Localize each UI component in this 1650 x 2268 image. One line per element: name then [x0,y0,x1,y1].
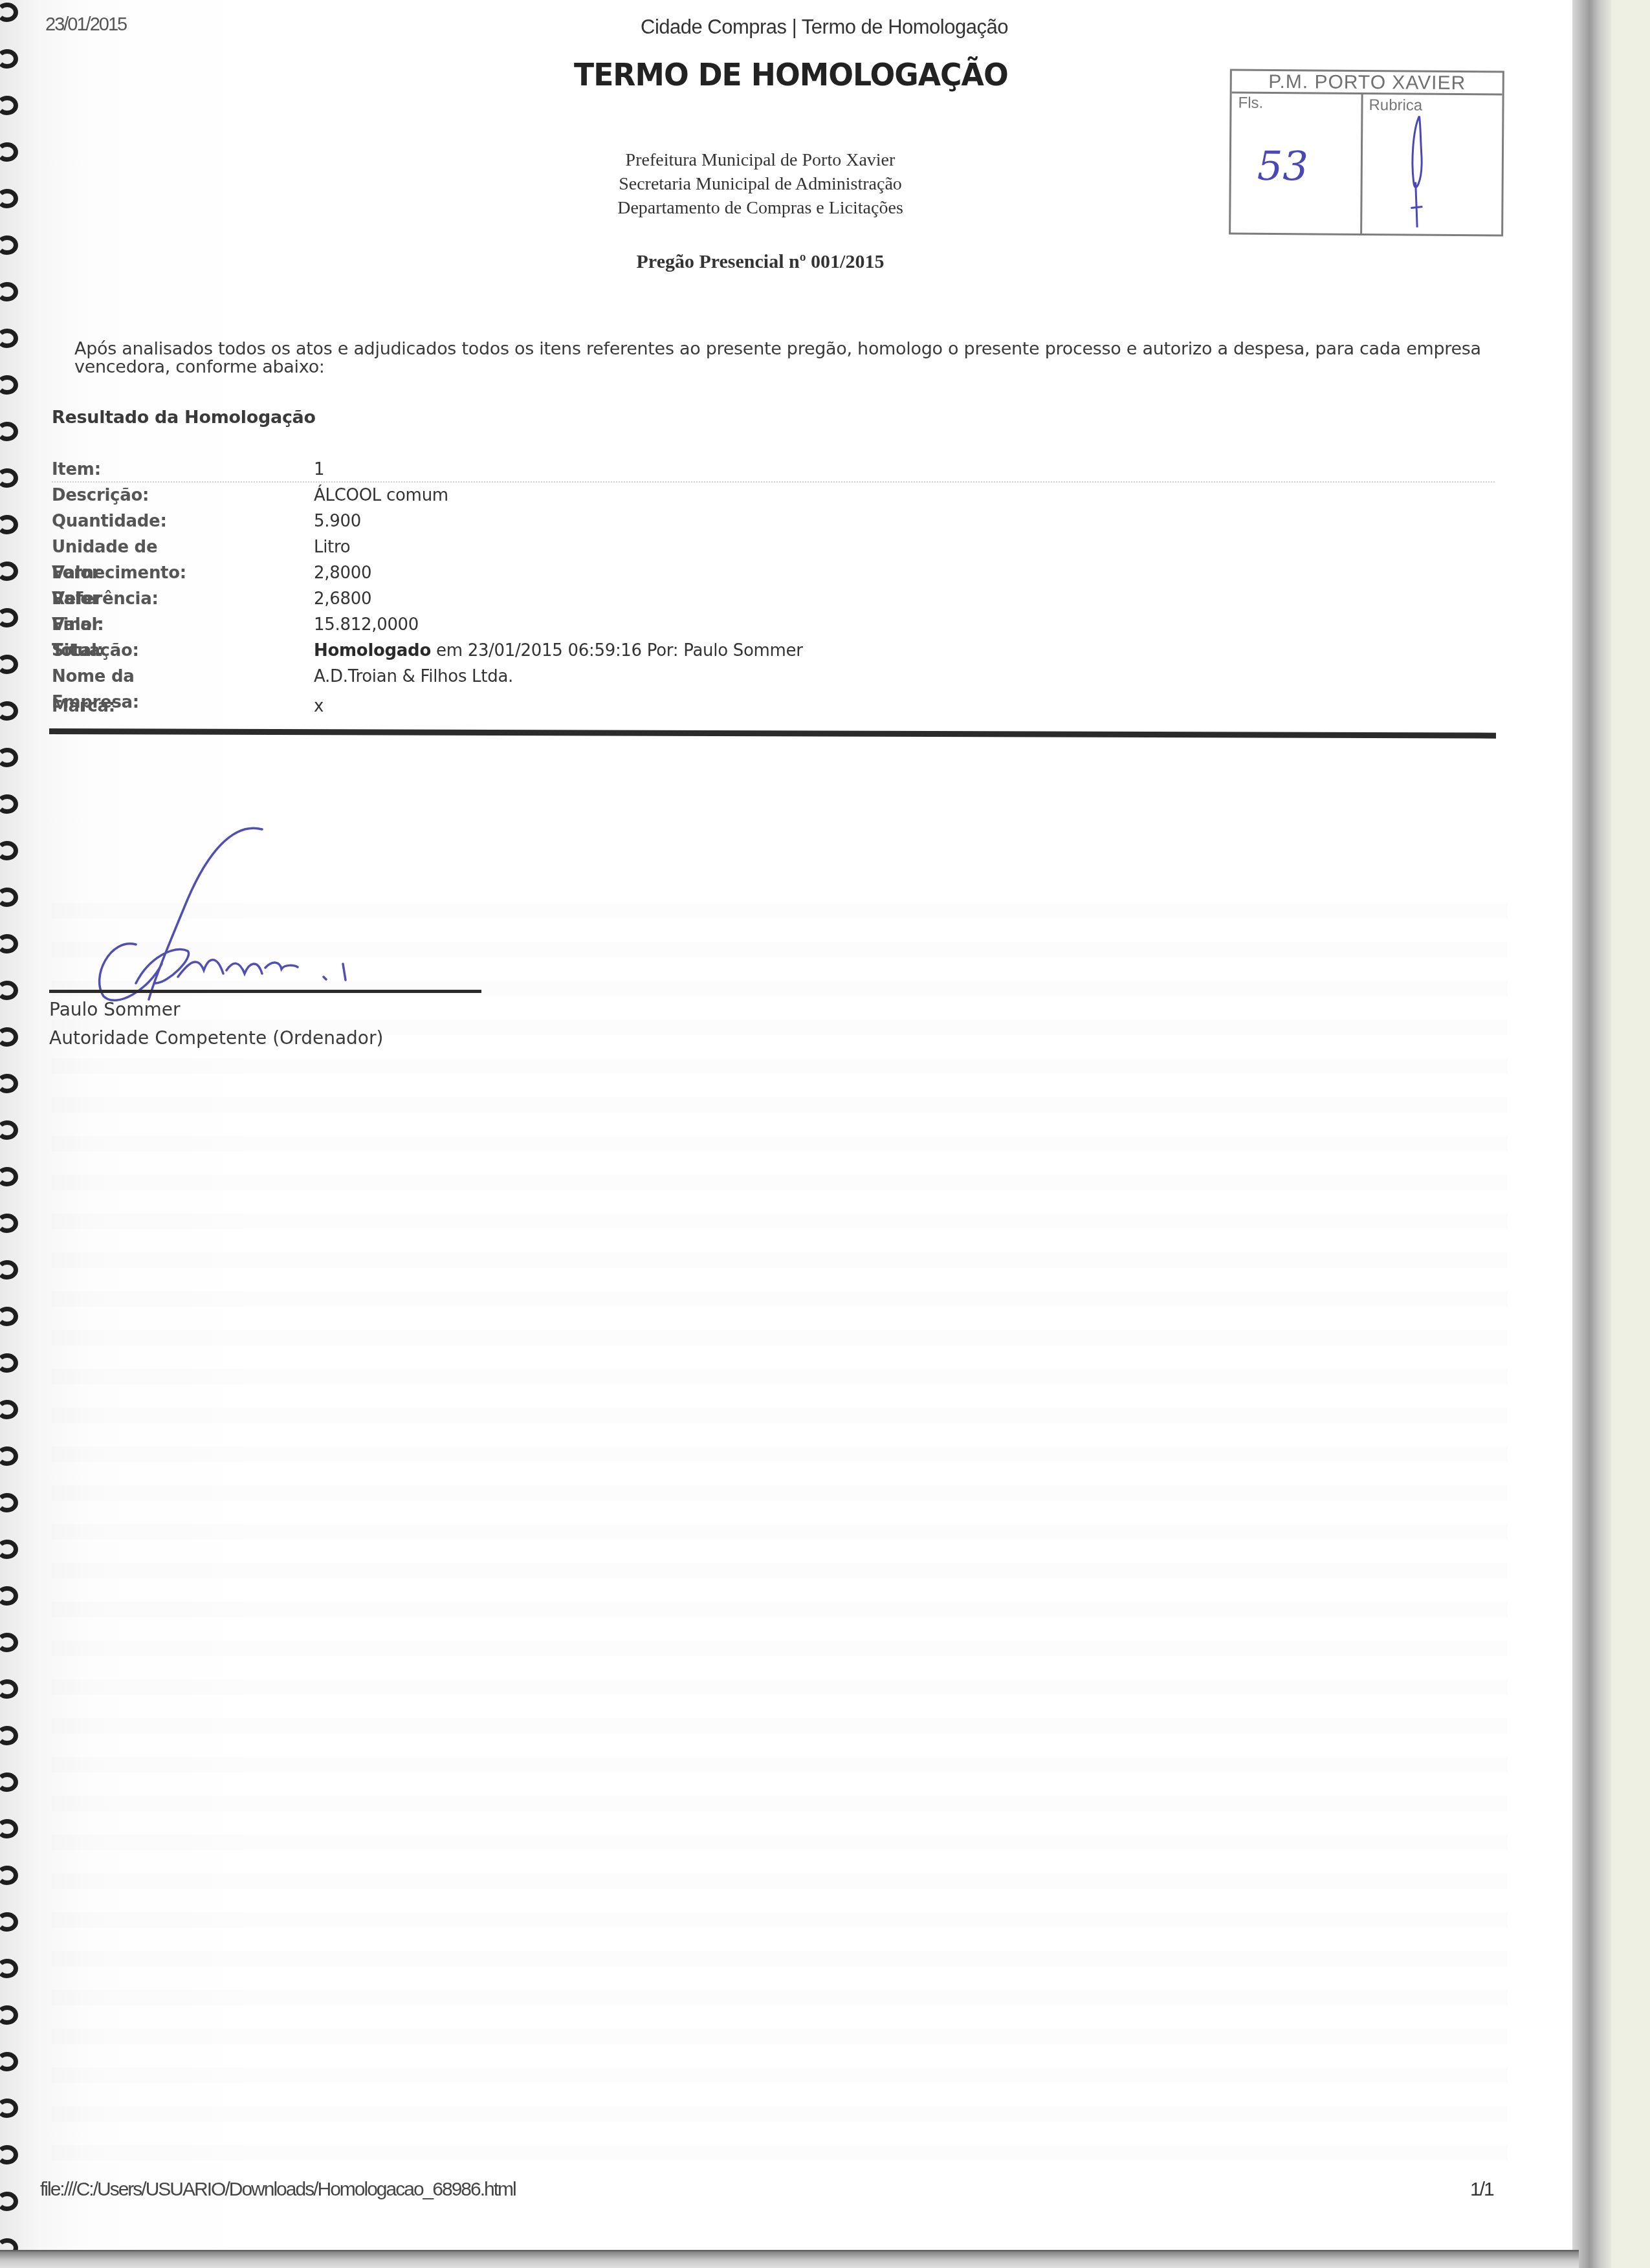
status-badge: Homologado [314,641,431,660]
spiral-ring [0,1446,18,1466]
page-edge-shadow-bottom [0,2250,1579,2268]
status-detail: em 23/01/2015 06:59:16 Por: Paulo Sommer [431,641,803,660]
spiral-ring [0,282,18,301]
spiral-ring [0,1307,18,1326]
spiral-ring [0,2005,18,2025]
spiral-ring [0,562,18,581]
intro-paragraph: Após analisados todos os atos e adjudica… [74,340,1498,376]
spiral-ring [0,1260,18,1280]
spiral-binding [0,0,22,2251]
spiral-ring [0,1400,18,1419]
footer-file-path: file:///C:/Users/USUARIO/Downloads/Homol… [40,2179,516,2201]
spiral-ring [0,1679,18,1699]
spiral-ring [0,1540,18,1559]
spiral-ring [0,1819,18,1838]
field-value: 2,6800 [314,586,371,612]
field-label: Descrição: [52,483,149,508]
spiral-ring [0,748,18,767]
footer-page-number: 1/1 [1470,2179,1493,2201]
spiral-ring [0,1074,18,1093]
spiral-ring [0,1726,18,1745]
spiral-ring [0,655,18,674]
org-line-departamento: Departamento de Compras e Licitações [0,198,1521,219]
spiral-ring [0,329,18,348]
spiral-ring [0,96,18,115]
bleed-through-texture [52,880,1508,2174]
spiral-ring [0,934,18,954]
spiral-ring [0,1353,18,1373]
spiral-ring [0,1214,18,1233]
spiral-ring [0,2052,18,2071]
field-value: 15.812,0000 [314,612,419,638]
spiral-ring [0,2192,18,2211]
spiral-ring [0,701,18,721]
item-separator [52,481,1495,483]
field-value: ÁLCOOL comum [314,483,448,508]
section-title: Resultado da Homologação [52,408,316,428]
spiral-ring [0,1027,18,1047]
spiral-ring [0,1866,18,1885]
spiral-ring [0,1959,18,1978]
field-label: Situação: [52,638,139,664]
spiral-ring [0,2145,18,2164]
spiral-ring [0,1633,18,1652]
spiral-ring [0,3,18,22]
spiral-ring [0,515,18,534]
org-line-secretaria: Secretaria Municipal de Administração [0,174,1521,195]
page-edge-shadow-right [1572,0,1611,2268]
field-label: Quantidade: [52,508,167,534]
field-label: Marca: [52,693,115,719]
scanned-page: 23/01/2015 Cidade Compras | Termo de Hom… [0,0,1575,2251]
spiral-ring [0,1586,18,1606]
field-label: Item: [52,457,101,483]
process-number: Pregão Presencial nº 001/2015 [0,251,1521,273]
field-value: Litro [314,534,350,560]
spiral-ring [0,608,18,627]
spiral-ring [0,375,18,395]
spiral-ring [0,981,18,1000]
spiral-ring [0,1167,18,1186]
stamp-fls-label: Fls. [1238,94,1263,113]
spiral-ring [0,1493,18,1512]
stamp-header: P.M. PORTO XAVIER [1232,71,1502,96]
spiral-ring [0,49,18,69]
spiral-ring [0,888,18,907]
field-value: 2,8000 [314,560,371,586]
field-value: A.D.Troian & Filhos Ltda. [314,664,513,690]
spiral-ring [0,1772,18,1792]
spiral-ring [0,422,18,441]
spiral-ring [0,2099,18,2118]
field-value: Homologado em 23/01/2015 06:59:16 Por: P… [314,638,803,664]
section-rule [49,728,1496,739]
field-value: 1 [314,457,324,483]
spiral-ring [0,1912,18,1932]
spiral-ring [0,1120,18,1140]
org-line-prefeitura: Prefeitura Municipal de Porto Xavier [0,150,1521,171]
print-date: 23/01/2015 [45,14,126,36]
print-header-title: Cidade Compras | Termo de Homologação [641,16,1008,39]
document-title: TERMO DE HOMOLOGAÇÃO [574,57,1008,93]
spiral-ring [0,794,18,814]
spiral-ring [0,468,18,488]
field-value: 5.900 [314,508,361,534]
spiral-ring [0,841,18,860]
field-value: x [314,693,324,719]
